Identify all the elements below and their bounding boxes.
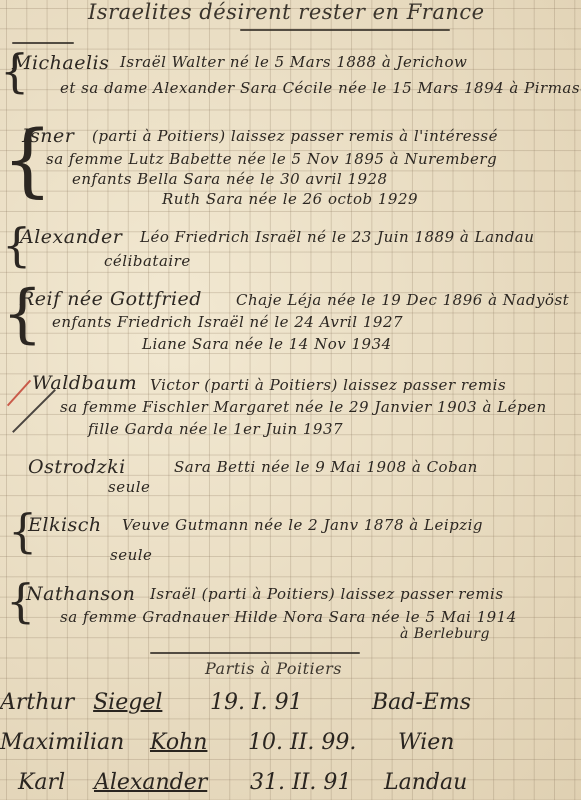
entry-line: enfants Friedrich Israël né le 24 Avril … [52, 313, 403, 331]
entry-line: sa femme Lutz Babette née le 5 Nov 1895 … [46, 150, 497, 168]
entry-line: célibataire [104, 252, 191, 270]
section-title: Partis à Poitiers [205, 659, 342, 678]
first-name: Maximilian [0, 730, 124, 755]
entry-surname: Reif née Gottfried [20, 288, 202, 310]
place: Wien [398, 730, 454, 755]
entry-line: à Berleburg [400, 626, 490, 642]
date: 31. II. 91 [250, 770, 351, 795]
entry-line: seule [108, 478, 150, 496]
entry-surname: Waldbaum [32, 372, 137, 394]
entry-line: Sara Betti née le 9 Mai 1908 à Coban [174, 458, 478, 476]
entry-surname: Nathanson [26, 583, 135, 605]
entry-line: Veuve Gutmann née le 2 Janv 1878 à Leipz… [122, 516, 483, 534]
entry-line: sa femme Fischler Margaret née le 29 Jan… [60, 398, 547, 416]
first-name: Arthur [0, 690, 74, 715]
entry-line: (parti à Poitiers) laissez passer remis … [92, 127, 498, 145]
place: Landau [384, 770, 467, 795]
entry-line: fille Garda née le 1er Juin 1937 [88, 420, 343, 438]
place: Bad-Ems [372, 690, 471, 715]
table-row: Karl Alexander 31. II. 91 Landau [0, 770, 65, 795]
entry-surname: Alexander [20, 226, 122, 248]
last-name: Siegel [93, 690, 162, 715]
section-divider [150, 652, 360, 654]
entry-line: Chaje Léja née le 19 Dec 1896 à Nadyöst [236, 291, 569, 309]
table-row: Arthur Siegel 19. I. 91 Bad-Ems [0, 690, 162, 715]
entry-line: Victor (parti à Poitiers) laissez passer… [150, 376, 506, 394]
entry-line: seule [110, 546, 152, 564]
entry-surname: Ostrodzki [28, 456, 126, 478]
date: 19. I. 91 [210, 690, 303, 715]
first-name: Karl [18, 770, 65, 795]
entry-line: et sa dame Alexander Sara Cécile née le … [60, 79, 581, 97]
entry-line: Israël Walter né le 5 Mars 1888 à Jerich… [120, 53, 467, 71]
entry-surname: Elkisch [28, 514, 102, 536]
last-name: Kohn [150, 730, 207, 755]
page-title: Israelites désirent rester en France [88, 0, 485, 24]
entry-line: sa femme Gradnauer Hilde Nora Sara née l… [60, 608, 517, 626]
entry-line: Léo Friedrich Israël né le 23 Juin 1889 … [140, 228, 534, 246]
entry-surname: Isner [22, 125, 74, 147]
date: 10. II. 99. [248, 730, 356, 755]
entry-line: enfants Bella Sara née le 30 avril 1928 [72, 170, 388, 188]
entry-surname: Michaelis [12, 52, 109, 74]
table-row: Maximilian Kohn 10. II. 99. Wien [0, 730, 124, 755]
entry-line: Liane Sara née le 14 Nov 1934 [142, 335, 392, 353]
entry-line: Israël (parti à Poitiers) laissez passer… [150, 585, 504, 603]
last-name: Alexander [94, 770, 207, 795]
entry-line: Ruth Sara née le 26 octob 1929 [162, 190, 418, 208]
title-underline [240, 29, 450, 31]
